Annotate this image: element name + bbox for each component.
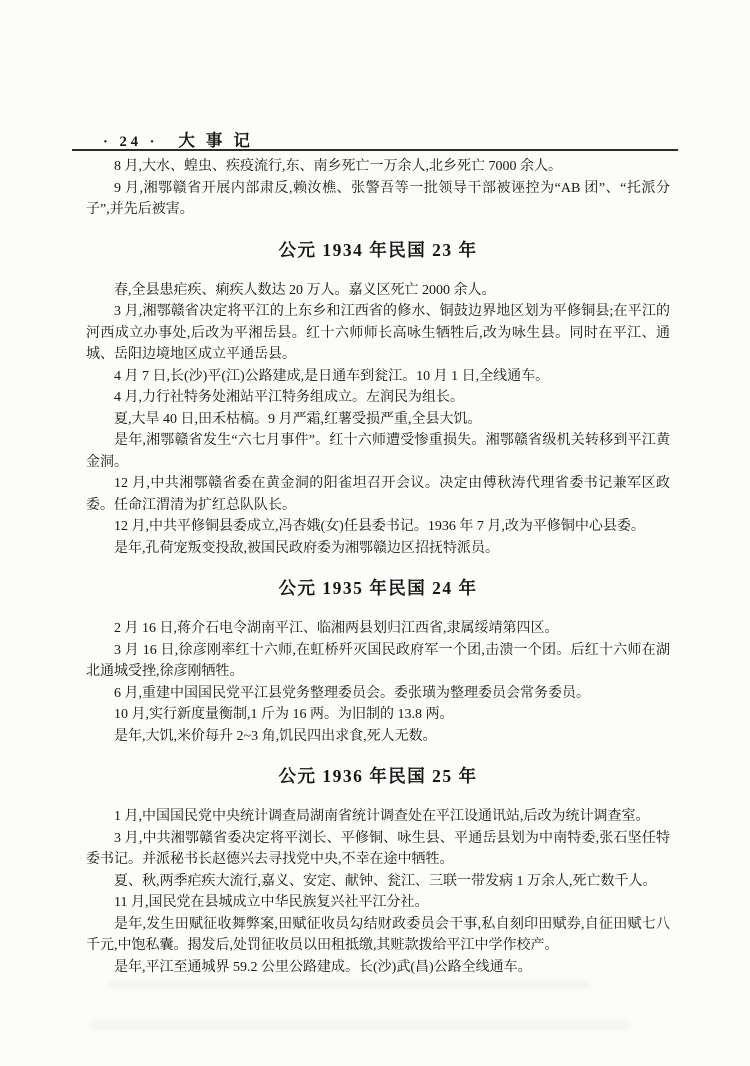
paragraph: 春,全县患疟疾、痢疾人数达 20 万人。嘉义区死亡 2000 余人。 bbox=[86, 280, 670, 302]
paragraph: 4 月 7 日,长(沙)平(江)公路建成,是日通车到瓮江。10 月 1 日,全线… bbox=[86, 366, 670, 388]
section-heading-1935: 公元 1935 年民国 24 年 bbox=[86, 574, 670, 602]
paragraph: 夏,大旱 40 日,田禾枯槁。9 月严霜,红薯受损严重,全县大饥。 bbox=[86, 409, 670, 431]
section-heading-1934: 公元 1934 年民国 23 年 bbox=[86, 236, 670, 264]
paragraph: 9 月,湘鄂赣省开展内部肃反,赖汝樵、张警吾等一批领导干部被诬控为“AB 团”、… bbox=[86, 178, 670, 221]
paragraph: 是年,平江至通城界 59.2 公里公路建成。长(沙)武(昌)公路全线通车。 bbox=[86, 957, 670, 979]
paragraph: 6 月,重建中国国民党平江县党务整理委员会。委张璜为整理委员会常务委员。 bbox=[86, 683, 670, 705]
section-1934: 公元 1934 年民国 23 年 春,全县患疟疾、痢疾人数达 20 万人。嘉义区… bbox=[86, 236, 670, 560]
paragraph: 1 月,中国国民党中央统计调查局湖南省统计调查处在平江设通讯站,后改为统计调查室… bbox=[86, 806, 670, 828]
paragraph: 夏、秋,两季疟疾大流行,嘉义、安定、献钟、瓮江、三联一带发病 1 万余人,死亡数… bbox=[86, 871, 670, 893]
page-title: 大事记 bbox=[178, 127, 261, 151]
scan-bleedthrough-artifact bbox=[90, 1020, 630, 1030]
paragraph: 12 月,中共平修铜县委成立,冯杏娥(女)任县委书记。1936 年 7 月,改为… bbox=[86, 516, 670, 538]
section-intro: 8 月,大水、蝗虫、疾疫流行,东、南乡死亡一万余人,北乡死亡 7000 余人。 … bbox=[86, 156, 670, 221]
paragraph: 8 月,大水、蝗虫、疾疫流行,东、南乡死亡一万余人,北乡死亡 7000 余人。 bbox=[86, 156, 670, 178]
section-heading-1936: 公元 1936 年民国 25 年 bbox=[86, 762, 670, 790]
paragraph: 是年,大饥,米价每升 2~3 角,饥民四出求食,死人无数。 bbox=[86, 726, 670, 748]
paragraph: 是年,发生田赋征收舞弊案,田赋征收员勾结财政委员会干事,私自刻印田赋券,自征田赋… bbox=[86, 914, 670, 957]
paragraph: 11 月,国民党在县城成立中华民族复兴社平江分社。 bbox=[86, 892, 670, 914]
paragraph: 2 月 16 日,蒋介石电令湖南平江、临湘两县划归江西省,隶属绥靖第四区。 bbox=[86, 618, 670, 640]
paragraph: 3 月,湘鄂赣省决定将平江的上东乡和江西省的修水、铜鼓边界地区划为平修铜县;在平… bbox=[86, 301, 670, 366]
scanned-book-page: · 24 · 大事记 8 月,大水、蝗虫、疾疫流行,东、南乡死亡一万余人,北乡死… bbox=[0, 0, 750, 1066]
section-1936: 公元 1936 年民国 25 年 1 月,中国国民党中央统计调查局湖南省统计调查… bbox=[86, 762, 670, 978]
paragraph: 10 月,实行新度量衡制,1 斤为 16 两。为旧制的 13.8 两。 bbox=[86, 704, 670, 726]
paragraph: 4 月,力行社特务处湘站平江特务组成立。左润民为组长。 bbox=[86, 387, 670, 409]
scan-bleedthrough-artifact bbox=[110, 981, 590, 989]
header-rule bbox=[72, 149, 678, 151]
paragraph: 12 月,中共湘鄂赣省委在黄金洞的阳雀坦召开会议。决定由傅秋涛代理省委书记兼军区… bbox=[86, 473, 670, 516]
paragraph: 3 月 16 日,徐彦刚率红十六师,在虹桥歼灭国民政府军一个团,击溃一个团。后红… bbox=[86, 640, 670, 683]
section-1935: 公元 1935 年民国 24 年 2 月 16 日,蒋介石电令湖南平江、临湘两县… bbox=[86, 574, 670, 747]
running-head: · 24 · 大事记 bbox=[103, 127, 261, 151]
paragraph: 是年,孔荷宠叛变投敌,被国民政府委为湘鄂赣边区招抚特派员。 bbox=[86, 538, 670, 560]
paragraph: 是年,湘鄂赣省发生“六七月事件”。红十六师遭受惨重损失。湘鄂赣省级机关转移到平江… bbox=[86, 430, 670, 473]
page-body: 8 月,大水、蝗虫、疾疫流行,东、南乡死亡一万余人,北乡死亡 7000 余人。 … bbox=[86, 156, 670, 978]
paragraph: 3 月,中共湘鄂赣省委决定将平浏长、平修铜、咏生县、平通岳县划为中南特委,张石坚… bbox=[86, 828, 670, 871]
